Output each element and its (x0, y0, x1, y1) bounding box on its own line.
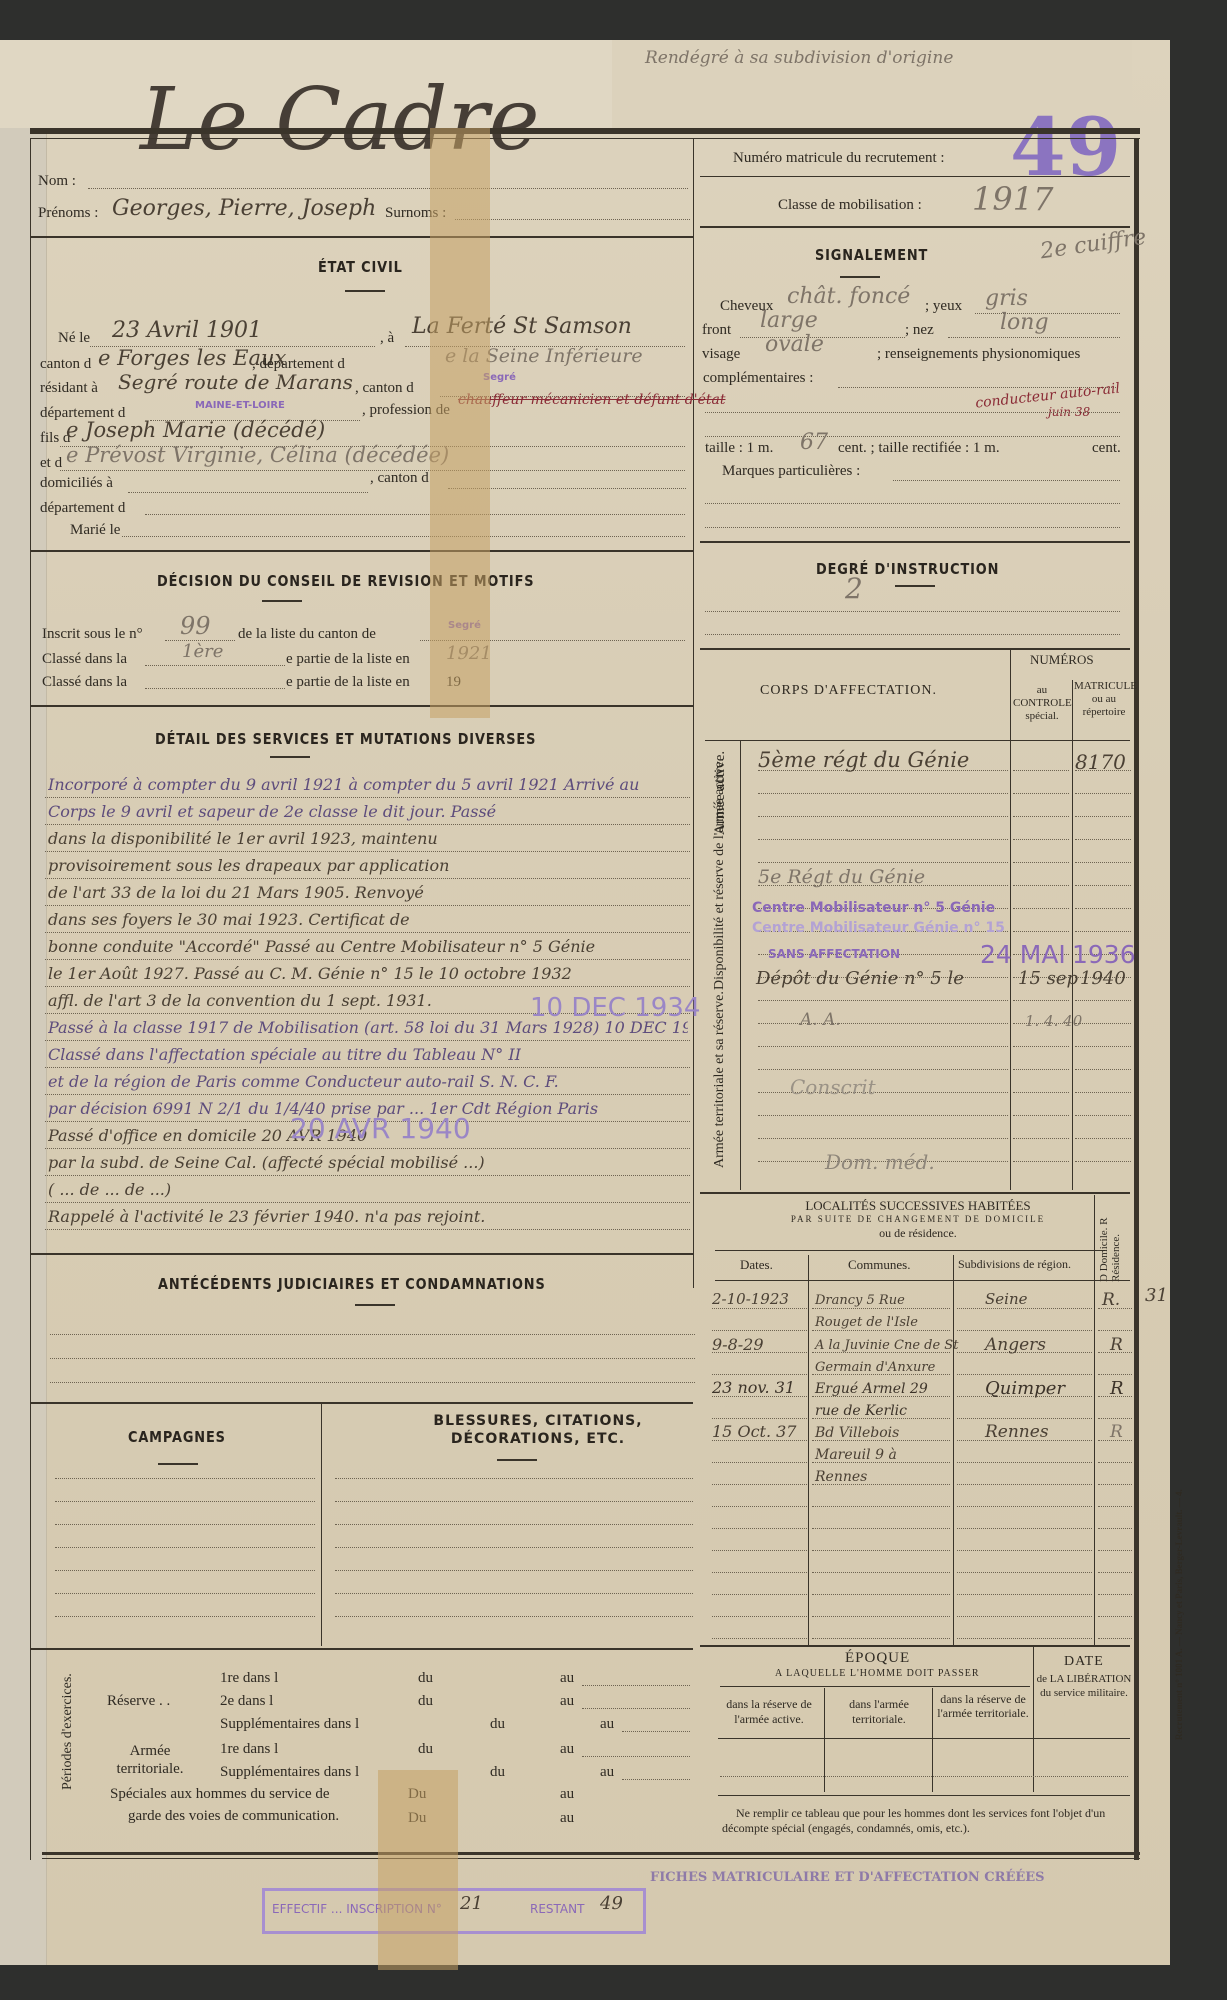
divider (321, 1404, 322, 1646)
divider (715, 1280, 1130, 1281)
affect-row-dom-med: Dom. méd. (825, 1150, 935, 1174)
periodes-title: Périodes d'exercices. (60, 1670, 76, 1790)
epoque-title: ÉPOQUE (845, 1650, 910, 1667)
field-line (50, 1382, 695, 1383)
field-line (712, 1330, 807, 1331)
divider (1094, 1195, 1095, 1645)
loc-row-4-date: 15 Oct. 37 (712, 1422, 796, 1441)
affect-row-conscrit: Conscrit (790, 1075, 876, 1099)
title-rule (355, 1304, 395, 1306)
epoque-col-reserve-territoriale: dans la réserve de l'armée territoriale. (935, 1692, 1031, 1720)
speciales-label: Spéciales aux hommes du service de (110, 1786, 330, 1803)
divider (30, 705, 693, 707)
field-line (712, 1506, 807, 1507)
field-line (335, 1547, 693, 1548)
field-line (1098, 1572, 1132, 1573)
field-line (1075, 862, 1131, 863)
departement3-label: département d (40, 500, 125, 517)
field-line (705, 412, 1120, 413)
liste-canton-label: de la liste du canton de (238, 626, 376, 643)
divider (42, 1852, 1140, 1855)
divider (30, 1402, 693, 1404)
field-line (712, 1484, 807, 1485)
col-dates: Dates. (740, 1257, 773, 1273)
periode-row-label: 1re dans l (220, 1741, 278, 1758)
taille-cent-label: cent. (1092, 440, 1121, 457)
field-line (712, 1528, 807, 1529)
field-line (1098, 1484, 1132, 1485)
field-line (957, 1484, 1092, 1485)
field-line (712, 1374, 807, 1375)
loc-row-1-commune: Drancy 5 Rue Rouget de l'Isle (815, 1290, 955, 1334)
field-line (1013, 793, 1069, 794)
periode-row-label: 1re dans l (220, 1670, 278, 1687)
divider (30, 236, 693, 238)
field-line (1098, 1550, 1132, 1551)
field-line (1013, 885, 1069, 886)
field-line (957, 1462, 1092, 1463)
field-line (55, 1570, 315, 1571)
divider (1010, 650, 1011, 1190)
service-line: le 1er Août 1927. Passé au C. M. Génie n… (48, 964, 572, 983)
field-line (705, 611, 1120, 612)
restant-stamp-number: 49 (600, 1893, 623, 1914)
field-line (758, 1115, 1008, 1116)
col-subdivisions: Subdivisions de région. (958, 1257, 1071, 1272)
field-line (957, 1528, 1092, 1529)
field-line (1098, 1594, 1132, 1595)
field-line (712, 1418, 807, 1419)
service-line: bonne conduite "Accordé" Passé au Centre… (48, 937, 595, 956)
field-line (1098, 1616, 1132, 1617)
adhesive-tape (430, 128, 490, 718)
periode-row-label: Supplémentaires dans l (220, 1764, 359, 1781)
divider (30, 550, 693, 552)
field-line (335, 1570, 693, 1571)
pencil-note-top: Rendégré à sa subdivision d'origine (645, 48, 953, 68)
periode-row-du: du (418, 1670, 433, 1687)
field-line (957, 1550, 1092, 1551)
title-rule (262, 600, 302, 602)
field-line (1075, 885, 1131, 886)
periode-row-label: 2e dans l (220, 1693, 273, 1710)
field-line (45, 1148, 690, 1149)
loc-row-1-date: 2-10-1923 (712, 1290, 789, 1308)
speciales-au-1: au (560, 1786, 574, 1803)
field-line (1098, 1374, 1132, 1375)
judiciaires-title: ANTÉCÉDENTS JUDICIAIRES ET CONDAMNATIONS (158, 1275, 546, 1293)
service-line: affl. de l'art 3 de la convention du 1 s… (48, 991, 432, 1010)
field-line (582, 1685, 690, 1686)
section-territoriale: Armée territoriale et sa réserve. (712, 998, 728, 1168)
et-de-value: e Prévost Virginie, Célina (décédée) (66, 443, 449, 467)
affect-row-depot-year: 1940 (1080, 968, 1126, 989)
blessures-title: BLESSURES, CITATIONS, DÉCORATIONS, ETC. (408, 1412, 668, 1448)
nom-label: Nom : (38, 173, 76, 190)
numeros-title: NUMÉROS (1030, 652, 1094, 668)
periode-row-du: du (490, 1764, 505, 1781)
field-line (712, 1462, 807, 1463)
effectif-stamp-number: 21 (460, 1893, 483, 1914)
marques-label: Marques particulières : (722, 463, 860, 480)
divider (30, 138, 1140, 139)
field-line (1013, 1138, 1069, 1139)
loc-row-4-dr: R (1110, 1422, 1123, 1442)
speciales-label-2: garde des voies de communication. (128, 1808, 339, 1825)
field-line (45, 851, 690, 852)
divider (30, 138, 31, 1860)
field-line (812, 1528, 950, 1529)
service-line: Corps le 9 avril et sapeur de 2e classe … (48, 802, 496, 821)
canton3-label: , canton d (370, 470, 429, 487)
taille-rectifiee-label: cent. ; taille rectifiée : 1 m. (838, 440, 1000, 457)
residant-label: résidant à (40, 380, 98, 397)
nom-field-line (88, 188, 688, 189)
field-line (122, 536, 685, 537)
localites-subtitle: PAR SUITE DE CHANGEMENT DE DOMICILE (718, 1214, 1118, 1224)
field-line (1098, 1506, 1132, 1507)
field-line (812, 1638, 950, 1639)
field-line (45, 878, 690, 879)
territoriale-label: Armée territoriale. (105, 1742, 195, 1778)
classe1-label: Classé dans la (42, 651, 127, 668)
field-line (45, 1067, 690, 1068)
loc-row-2-commune: A la Juvinie Cne de St Germain d'Anxure (815, 1335, 1005, 1379)
field-line (1098, 1462, 1132, 1463)
field-line (705, 634, 1120, 635)
classe2-label: Classé dans la (42, 674, 127, 691)
field-line (335, 1616, 693, 1617)
loc-row-2-subdivision: Angers (985, 1335, 1046, 1355)
margin-note-31: 31 (1145, 1285, 1168, 1306)
field-line (1098, 1330, 1132, 1331)
field-line (758, 1000, 1008, 1001)
affect-stamp-centre-mobilisateur-15: Centre Mobilisateur Génie n° 15 (752, 920, 1005, 936)
service-line: et de la région de Paris comme Conducteu… (48, 1072, 559, 1091)
affect-row-2-corps: 5e Régt du Génie (758, 866, 925, 888)
periode-row-au: au (560, 1670, 574, 1687)
field-line (1075, 1023, 1131, 1024)
field-line (758, 816, 1008, 817)
periode-row-au: au (560, 1693, 574, 1710)
field-line (45, 959, 690, 960)
divider (1033, 1647, 1034, 1792)
loc-row-1-dr: R. (1102, 1290, 1120, 1310)
epoque-col-reserve-active: dans la réserve de l'armée active. (716, 1697, 822, 1727)
printer-credit: Recrutement n° 1001 A. — Nancy et Paris,… (1174, 1410, 1184, 1740)
divider (700, 1645, 1130, 1647)
partie1-label: e partie de la liste en (286, 651, 410, 668)
departement2-stamp: MAINE-ET-LOIRE (195, 400, 285, 411)
field-line (1075, 908, 1131, 909)
epoque-note: Ne remplir ce tableau que pour les homme… (722, 1806, 1127, 1836)
col-controle-special: au CONTROLE spécial. (1013, 684, 1071, 723)
field-line (1013, 1092, 1069, 1093)
divider (700, 1192, 1130, 1194)
divider (718, 1795, 1130, 1796)
inscrit-value: 99 (180, 612, 211, 640)
stamp-date-1940: 20 AVR 1940 (290, 1112, 471, 1145)
field-line (1013, 862, 1069, 863)
field-line (712, 1308, 807, 1309)
field-line (1013, 1046, 1069, 1047)
divider (808, 1255, 809, 1645)
field-line (758, 839, 1008, 840)
date-liberation-title: DATE (1064, 1654, 1104, 1670)
field-line (957, 1330, 1092, 1331)
field-line (1098, 1418, 1132, 1419)
field-line (145, 514, 685, 515)
residant-value: Segré route de Marans (118, 370, 353, 394)
field-line (55, 1593, 315, 1594)
loc-row-3-dr: R (1110, 1378, 1124, 1399)
adhesive-tape-bottom (378, 1770, 458, 1970)
epoque-col-territoriale: dans l'armée territoriale. (828, 1697, 930, 1727)
field-line (1075, 793, 1131, 794)
affect-row-1-corps: 5ème régt du Génie (758, 748, 969, 772)
field-line (335, 1524, 693, 1525)
classe1-value: 1ère (182, 641, 223, 662)
field-line (957, 1418, 1092, 1419)
taille-value: 67 (800, 430, 828, 455)
col-domicile-residence: D Domicile. R Résidence. (1098, 1197, 1122, 1282)
loc-row-2-date: 9-8-29 (712, 1335, 764, 1354)
loc-row-3-date: 23 nov. 31 (712, 1378, 795, 1397)
field-line (957, 1638, 1092, 1639)
service-line: Classé dans l'affectation spéciale au ti… (48, 1045, 521, 1064)
taille-label: taille : 1 m. (705, 440, 773, 457)
service-line: Rappelé à l'activité le 23 février 1940.… (48, 1207, 485, 1226)
divider (700, 176, 1130, 177)
field-line (712, 1616, 807, 1617)
field-line (582, 1708, 690, 1709)
col-communes: Communes. (848, 1257, 910, 1273)
service-line: par la subd. de Seine Cal. (affecté spéc… (48, 1153, 485, 1172)
affect-stamp-centre-mobilisateur: Centre Mobilisateur n° 5 Génie (752, 900, 995, 916)
field-line (758, 862, 1008, 863)
field-line (335, 1593, 693, 1594)
field-line (705, 436, 1120, 437)
renseignements-label: ; renseignements physionomiques (877, 346, 1080, 363)
restant-stamp-label: RESTANT (530, 1902, 584, 1916)
title-rule (158, 1463, 198, 1465)
visage-value: ovale (765, 332, 824, 357)
divider (42, 1858, 1140, 1859)
matricule-label: Numéro matricule du recrutement : (733, 150, 945, 167)
periode-row-label: Supplémentaires dans l (220, 1716, 359, 1733)
nez-value: long (1000, 310, 1049, 335)
periode-row-du: du (490, 1716, 505, 1733)
prenoms-label: Prénoms : (38, 205, 98, 222)
canton-label: canton d (40, 356, 91, 373)
field-line (948, 337, 1120, 338)
field-line (1075, 1046, 1131, 1047)
divider (715, 1250, 1105, 1251)
et-de-label: et d (40, 455, 62, 472)
field-line (1075, 931, 1131, 932)
field-line (1013, 1115, 1069, 1116)
field-line (812, 1550, 950, 1551)
field-line (705, 503, 1120, 504)
divider (30, 1648, 693, 1650)
divider (1134, 138, 1139, 1860)
field-line (1013, 1000, 1069, 1001)
field-line (758, 1069, 1008, 1070)
fiches-creees-stamp: FICHES MATRICULAIRE ET D'AFFECTATION CRÉ… (650, 1870, 1045, 1885)
a-label: , à (380, 330, 394, 347)
field-line (622, 1779, 690, 1780)
field-line (45, 1094, 690, 1095)
prenoms-value: Georges, Pierre, Joseph (112, 196, 376, 221)
field-line (893, 480, 1120, 481)
periode-row-du: du (418, 1693, 433, 1710)
divider (700, 226, 1130, 228)
title-rule (497, 1459, 537, 1461)
loc-row-4-subdivision: Rennes (985, 1422, 1049, 1442)
front-value: large (760, 308, 818, 333)
field-line (758, 1023, 1008, 1024)
field-line (335, 1478, 693, 1479)
affect-stamp-date-1936: 1936 (1072, 940, 1136, 969)
field-line (1098, 1528, 1132, 1529)
divider (700, 541, 1130, 543)
field-line (50, 1358, 695, 1359)
field-line (1013, 1161, 1069, 1162)
corps-title: CORPS D'AFFECTATION. (760, 683, 937, 699)
field-line (758, 1046, 1008, 1047)
affect-row-aa-date: 1. 4. 40 (1025, 1012, 1082, 1030)
field-line (55, 1478, 315, 1479)
visage-label: visage (702, 346, 740, 363)
divider (30, 1253, 693, 1255)
field-line (705, 527, 1120, 528)
front-label: front (702, 322, 731, 339)
section-disponibilite: Disponibilité et réserve de l'armée acti… (712, 840, 728, 990)
title-rule (270, 756, 310, 758)
field-line (45, 824, 690, 825)
services-title: DÉTAIL DES SERVICES ET MUTATIONS DIVERSE… (155, 730, 536, 748)
field-line (957, 1506, 1092, 1507)
date-liberation-sub: de LA LIBÉRATION du service militaire. (1036, 1672, 1132, 1700)
field-line (758, 793, 1008, 794)
field-line (1075, 1115, 1131, 1116)
affect-row-1-matricule: 8170 (1075, 750, 1126, 774)
field-line (45, 1229, 690, 1230)
field-line (957, 1616, 1092, 1617)
service-line: ( ... de ... de ...) (48, 1180, 171, 1199)
field-line (1075, 1092, 1131, 1093)
divider (740, 740, 741, 1190)
epoque-subtitle: A LAQUELLE L'HOMME DOIT PASSER (775, 1668, 980, 1679)
field-line (45, 1202, 690, 1203)
periode-row-au: au (560, 1741, 574, 1758)
ne-le-label: Né le (58, 330, 90, 347)
periode-row-du: du (418, 1741, 433, 1758)
field-line (50, 1334, 695, 1335)
field-line (1013, 839, 1069, 840)
field-line (45, 797, 690, 798)
divider (700, 648, 1130, 650)
etat-civil-title: ÉTAT CIVIL (318, 258, 403, 276)
field-line (758, 1138, 1008, 1139)
field-line (1075, 1000, 1131, 1001)
classe-label: Classe de mobilisation : (778, 197, 922, 214)
field-line (1098, 1638, 1132, 1639)
surnoms-field-line (455, 219, 690, 220)
field-line (1075, 1161, 1131, 1162)
divider (1072, 680, 1073, 1190)
marie-label: Marié le (70, 522, 120, 539)
field-line (55, 1616, 315, 1617)
field-line (335, 1501, 693, 1502)
cheveux-value: chât. foncé (787, 284, 910, 309)
affect-stamp-date-24-mai: 24 MAI (980, 940, 1066, 969)
localites-subtitle-2: ou de résidence. (718, 1226, 1118, 1241)
ne-le-value: 23 Avril 1901 (112, 318, 262, 343)
field-line (1013, 770, 1069, 771)
title-rule (345, 290, 385, 292)
service-line: Incorporé à compter du 9 avril 1921 à co… (48, 775, 639, 794)
classe-value: 1917 (972, 180, 1053, 218)
affect-row-depot-date: 15 sep (1018, 968, 1078, 989)
loc-row-2-dr: R (1110, 1335, 1123, 1355)
campagnes-title: CAMPAGNES (128, 1428, 226, 1446)
divider (705, 740, 1130, 741)
profession-value: chauffeur mécanicien et défunt d'état (458, 392, 726, 408)
title-rule (840, 276, 880, 278)
field-line (145, 665, 285, 666)
nez-label: ; nez (905, 322, 934, 339)
field-line (812, 1506, 950, 1507)
divider (720, 1686, 1030, 1687)
field-line (1013, 908, 1069, 909)
field-line (1075, 1069, 1131, 1070)
localites-title: LOCALITÉS SUCCESSIVES HABITÉES (718, 1198, 1118, 1214)
title-rule (895, 585, 935, 587)
field-line (55, 1547, 315, 1548)
inscrit-label: Inscrit sous le n° (42, 626, 143, 643)
partie2-label: e partie de la liste en (286, 674, 410, 691)
service-line: dans ses foyers le 30 mai 1923. Certific… (48, 910, 410, 929)
field-line (812, 1616, 950, 1617)
field-line (622, 1731, 690, 1732)
service-line: provisoirement sous les drapeaux par app… (48, 856, 449, 875)
field-line (957, 1594, 1092, 1595)
field-line (1013, 1069, 1069, 1070)
field-line (712, 1638, 807, 1639)
field-line (55, 1524, 315, 1525)
loc-row-4-commune: Bd Villebois Mareuil 9 à Rennes (815, 1422, 945, 1488)
field-line (45, 1040, 690, 1041)
speciales-au-2: au (560, 1810, 574, 1827)
field-line (45, 932, 690, 933)
divider (693, 138, 694, 1288)
field-line (1013, 931, 1069, 932)
field-line (45, 905, 690, 906)
periode-row-au: au (600, 1764, 614, 1781)
divider (718, 1738, 1130, 1739)
reserve-label: Réserve . . (107, 1693, 170, 1710)
periode-row-au: au (600, 1716, 614, 1733)
signalement-title: SIGNALEMENT (815, 246, 928, 264)
instruction-value: 2 (845, 572, 863, 605)
domicilies-label: domiciliés à (40, 475, 113, 492)
yeux-value: gris (985, 286, 1028, 311)
stamp-date-1934: 10 DEC 1934 (530, 993, 700, 1023)
field-line (712, 1572, 807, 1573)
field-line (812, 1572, 950, 1573)
loc-row-3-commune: Ergué Armel 29 rue de Kerlic (815, 1378, 955, 1422)
